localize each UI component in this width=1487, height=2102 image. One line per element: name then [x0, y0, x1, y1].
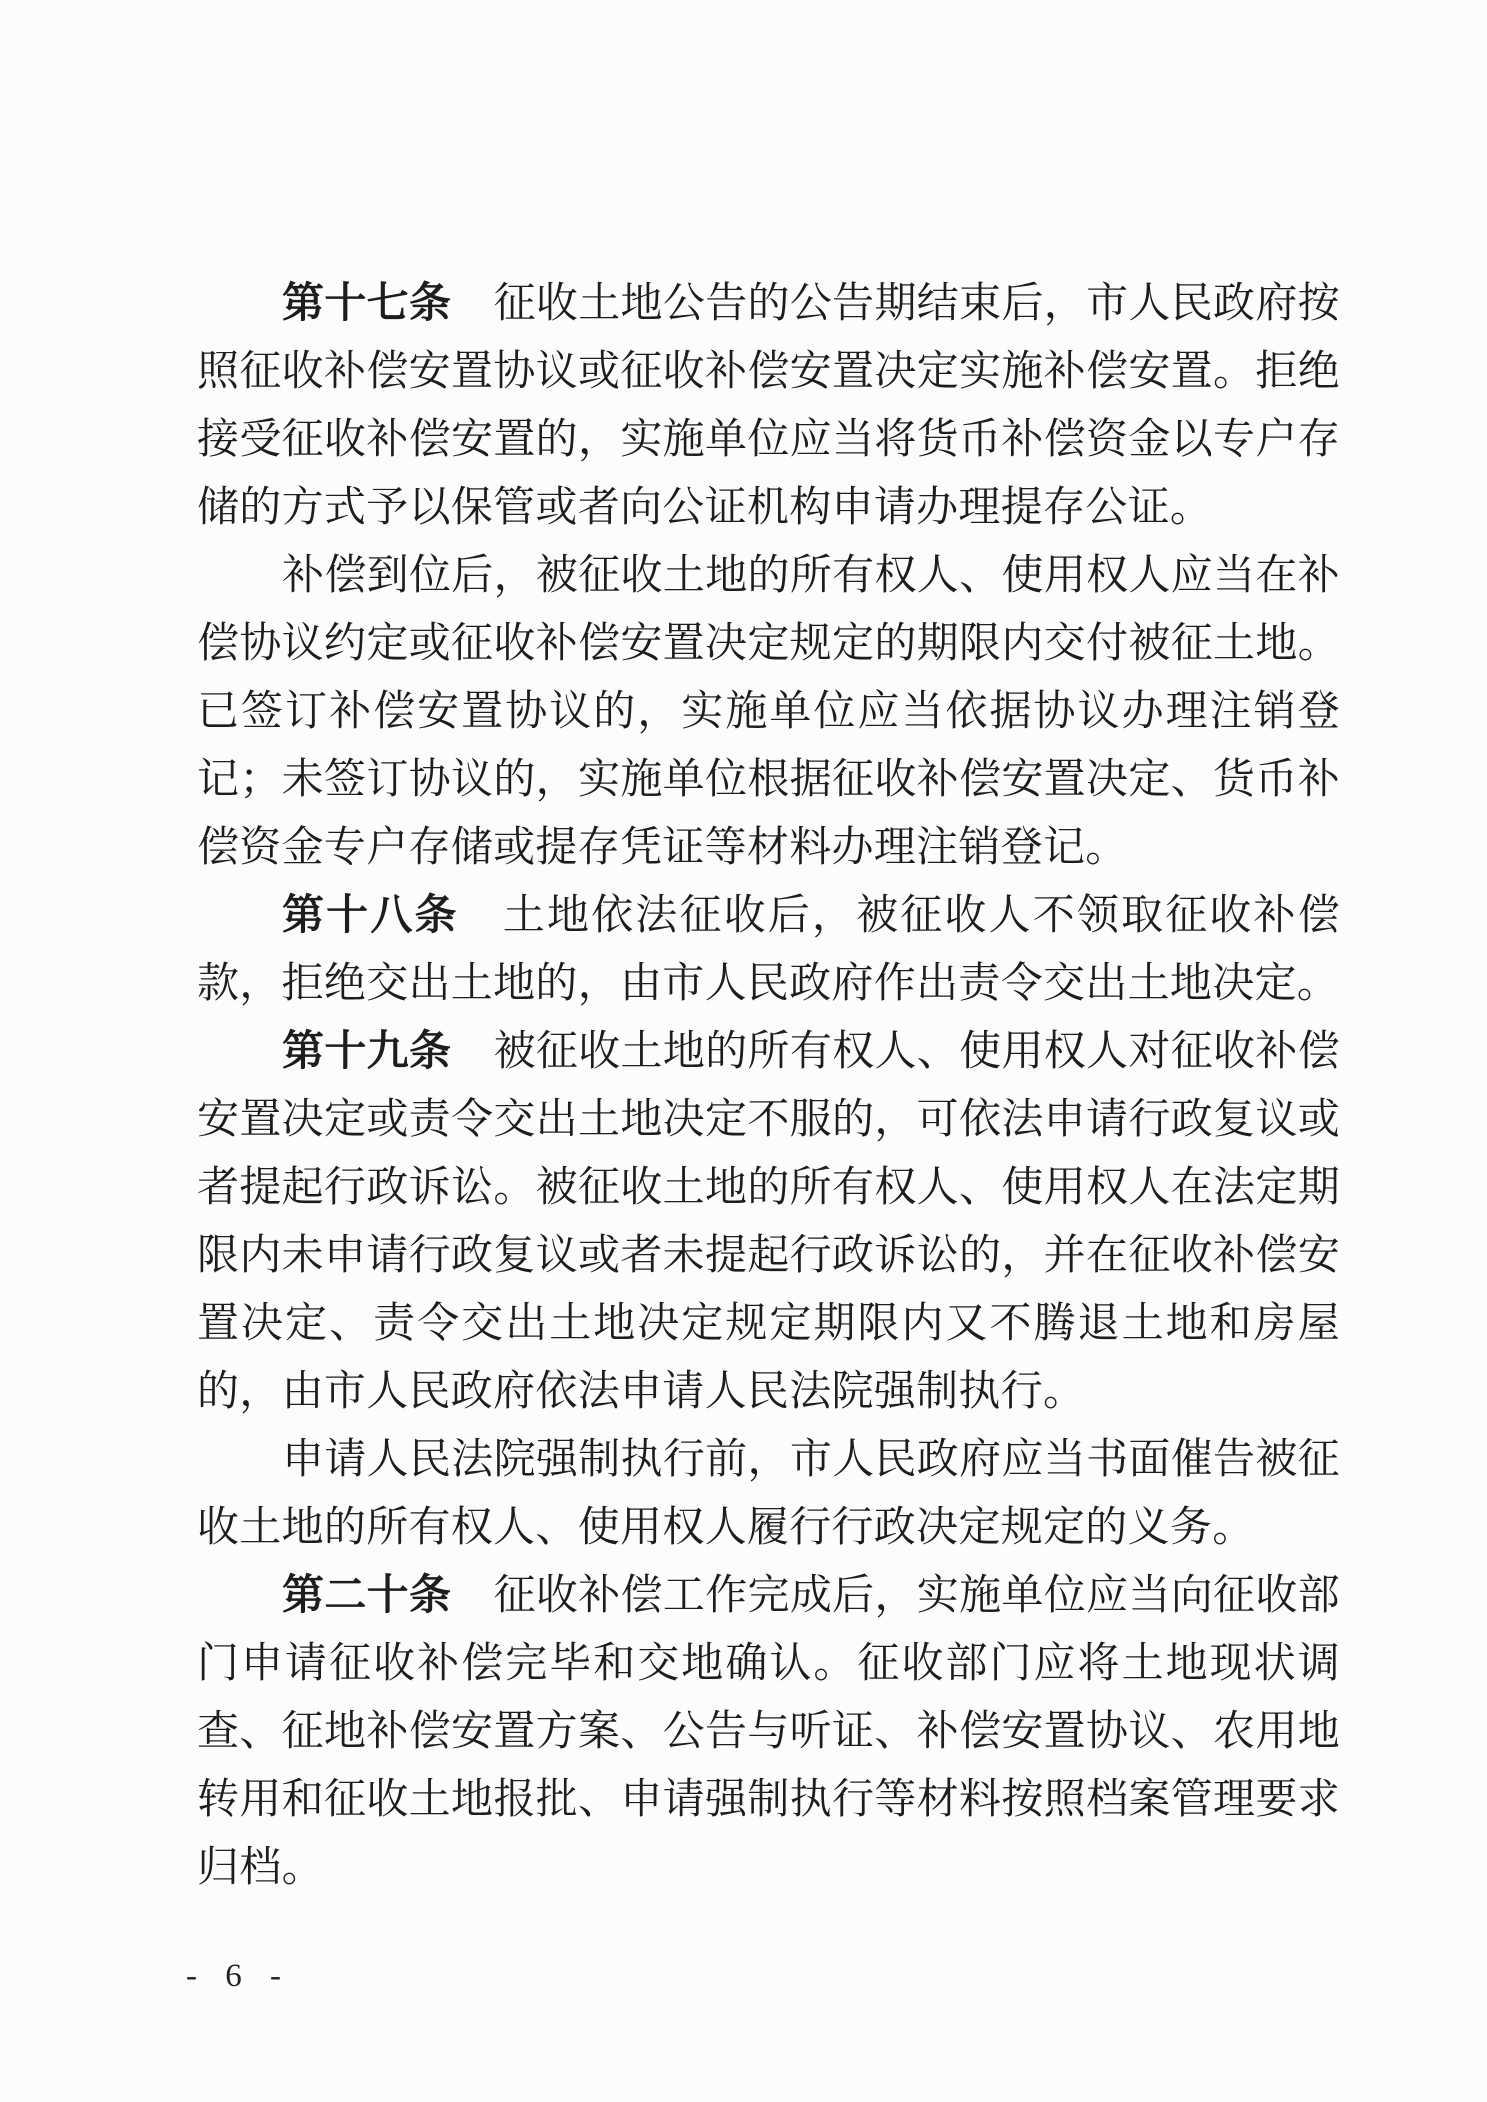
text-line: 的，由市人民政府依法申请人民法院强制执行。	[197, 1358, 1340, 1426]
line-text: 归档。	[197, 1845, 324, 1891]
text-line: 已签订补偿安置协议的，实施单位应当依据协议办理注销登	[197, 678, 1340, 746]
text-line: 第十七条 征收土地公告的公告期结束后，市人民政府按	[197, 270, 1340, 338]
text-line: 接受征收补偿安置的，实施单位应当将货币补偿资金以专户存	[197, 406, 1340, 474]
scanned-document-page: 第十七条 征收土地公告的公告期结束后，市人民政府按照征收补偿安置协议或征收补偿安…	[0, 0, 1487, 2102]
text-line: 记；未签订协议的，实施单位根据征收补偿安置决定、货币补	[197, 746, 1340, 814]
line-text: 安置决定或责令交出土地决定不服的，可依法申请行政复议或	[197, 1097, 1340, 1143]
line-text: 偿资金专户存储或提存凭证等材料办理注销登记。	[197, 825, 1128, 871]
article-number: 第十九条	[282, 1029, 451, 1075]
text-line: 转用和征收土地报批、申请强制执行等材料按照档案管理要求	[197, 1766, 1340, 1834]
text-line: 偿协议约定或征收补偿安置决定规定的期限内交付被征土地。	[197, 610, 1340, 678]
text-line: 限内未申请行政复议或者未提起行政诉讼的，并在征收补偿安	[197, 1222, 1340, 1290]
text-line: 照征收补偿安置协议或征收补偿安置决定实施补偿安置。拒绝	[197, 338, 1340, 406]
line-text: 转用和征收土地报批、申请强制执行等材料按照档案管理要求	[197, 1777, 1340, 1823]
line-text: 限内未申请行政复议或者未提起行政诉讼的，并在征收补偿安	[197, 1233, 1340, 1279]
line-text: 款，拒绝交出土地的，由市人民政府作出责令交出土地决定。	[197, 961, 1339, 1007]
line-text: 记；未签订协议的，实施单位根据征收补偿安置决定、货币补	[197, 757, 1340, 803]
text-line: 门申请征收补偿完毕和交地确认。征收部门应将土地现状调	[197, 1630, 1340, 1698]
text-line: 收土地的所有权人、使用权人履行行政决定规定的义务。	[197, 1494, 1340, 1562]
line-text: 者提起行政诉讼。被征收土地的所有权人、使用权人在法定期	[197, 1165, 1340, 1211]
page-number: - 6 -	[186, 1952, 291, 2000]
text-line: 补偿到位后，被征收土地的所有权人、使用权人应当在补	[197, 542, 1340, 610]
text-line: 归档。	[197, 1834, 1340, 1902]
line-text: 被征收土地的所有权人、使用权人对征收补偿	[451, 1029, 1340, 1075]
document-lines: 第十七条 征收土地公告的公告期结束后，市人民政府按照征收补偿安置协议或征收补偿安…	[197, 270, 1340, 1902]
line-text: 储的方式予以保管或者向公证机构申请办理提存公证。	[197, 485, 1212, 531]
line-text: 收土地的所有权人、使用权人履行行政决定规定的义务。	[197, 1505, 1255, 1551]
article-number: 第二十条	[282, 1573, 451, 1619]
line-text: 偿协议约定或征收补偿安置决定规定的期限内交付被征土地。	[197, 621, 1340, 667]
text-line: 第二十条 征收补偿工作完成后，实施单位应当向征收部	[197, 1562, 1340, 1630]
text-line: 置决定、责令交出土地决定规定期限内又不腾退土地和房屋	[197, 1290, 1340, 1358]
text-line: 储的方式予以保管或者向公证机构申请办理提存公证。	[197, 474, 1340, 542]
text-line: 者提起行政诉讼。被征收土地的所有权人、使用权人在法定期	[197, 1154, 1340, 1222]
text-line: 第十八条 土地依法征收后，被征收人不领取征收补偿	[197, 882, 1340, 950]
line-text: 已签订补偿安置协议的，实施单位应当依据协议办理注销登	[197, 689, 1340, 735]
line-text: 置决定、责令交出土地决定规定期限内又不腾退土地和房屋	[197, 1301, 1340, 1347]
line-text: 照征收补偿安置协议或征收补偿安置决定实施补偿安置。拒绝	[197, 349, 1340, 395]
text-line: 查、征地补偿安置方案、公告与听证、补偿安置协议、农用地	[197, 1698, 1340, 1766]
line-text: 征收土地公告的公告期结束后，市人民政府按	[451, 281, 1340, 327]
line-text: 门申请征收补偿完毕和交地确认。征收部门应将土地现状调	[197, 1641, 1340, 1687]
text-line: 偿资金专户存储或提存凭证等材料办理注销登记。	[197, 814, 1340, 882]
text-line: 款，拒绝交出土地的，由市人民政府作出责令交出土地决定。	[197, 950, 1340, 1018]
line-text: 补偿到位后，被征收土地的所有权人、使用权人应当在补	[282, 553, 1340, 599]
line-text: 接受征收补偿安置的，实施单位应当将货币补偿资金以专户存	[197, 417, 1340, 463]
text-line: 第十九条 被征收土地的所有权人、使用权人对征收补偿	[197, 1018, 1340, 1086]
article-number: 第十七条	[282, 281, 451, 327]
line-text: 查、征地补偿安置方案、公告与听证、补偿安置协议、农用地	[197, 1709, 1340, 1755]
text-line: 安置决定或责令交出土地决定不服的，可依法申请行政复议或	[197, 1086, 1340, 1154]
line-text: 的，由市人民政府依法申请人民法院强制执行。	[197, 1369, 1085, 1415]
text-line: 申请人民法院强制执行前，市人民政府应当书面催告被征	[197, 1426, 1340, 1494]
article-number: 第十八条	[282, 893, 459, 939]
line-text: 征收补偿工作完成后，实施单位应当向征收部	[451, 1573, 1340, 1619]
line-text: 土地依法征收后，被征收人不领取征收补偿	[459, 893, 1340, 939]
line-text: 申请人民法院强制执行前，市人民政府应当书面催告被征	[282, 1437, 1340, 1483]
